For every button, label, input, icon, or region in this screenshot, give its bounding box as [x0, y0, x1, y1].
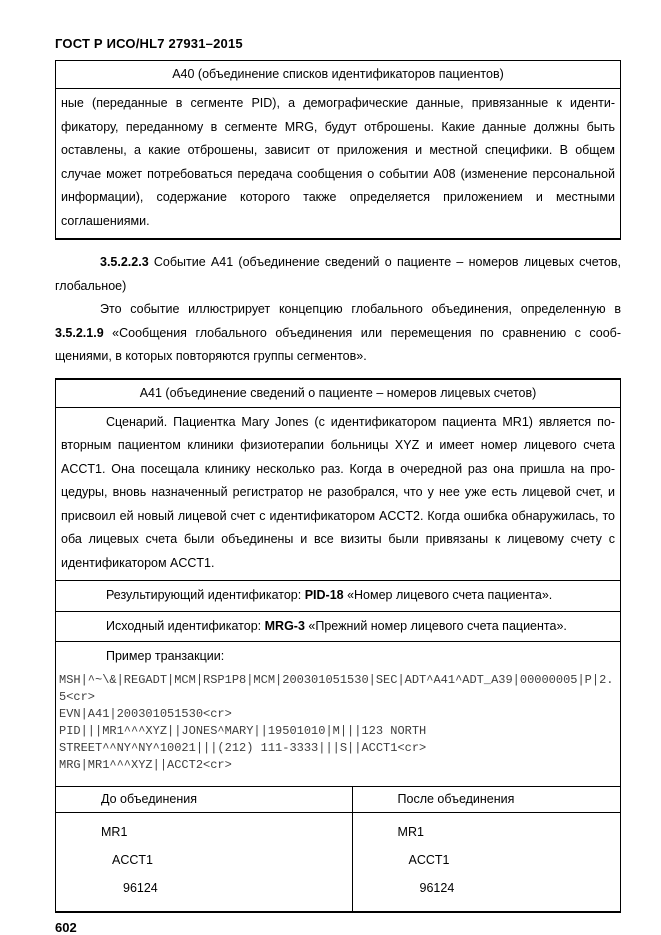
section-intro-after: «Сообщения глобального объединения или п… — [55, 326, 621, 364]
merge-before-mr: MR1 — [56, 818, 348, 846]
document-header: ГОСТ Р ИСО/HL7 27931–2015 — [55, 36, 621, 51]
a41-table: А41 (объединение сведений о пациенте – н… — [55, 378, 621, 913]
a41-source-identifier-row: Исходный идентификатор: MRG-3 «Прежний н… — [56, 611, 620, 642]
merge-before-visit: 96124 — [56, 874, 348, 902]
merge-column-header-before: До объединения — [56, 787, 352, 813]
result-ref: PID-18 — [305, 588, 344, 602]
page-number: 602 — [55, 920, 621, 935]
a40-table-body: ные (переданные в сегменте PID), а демог… — [56, 88, 620, 238]
a41-scenario: Сценарий. Пациентка Mary Jones (с иденти… — [56, 407, 620, 581]
result-label: Результирующий идентификатор: — [106, 588, 305, 602]
section-heading-number: 3.5.2.2.3 — [100, 255, 149, 269]
source-text: «Прежний номер лицевого счета пациента». — [305, 619, 567, 633]
a41-transaction-example-row: Пример транзакции: MSH|^~\&|REGADT|MCM|R… — [56, 641, 620, 786]
section-intro-before: Это событие иллюстрирует концепцию глоба… — [100, 302, 621, 316]
merge-after-cell: MR1 ACCT1 96124 — [352, 813, 620, 911]
section-3-5-2-2-3: 3.5.2.2.3 Событие А41 (объединение сведе… — [55, 251, 621, 369]
merge-after-mr: MR1 — [353, 818, 616, 846]
merge-after-visit: 96124 — [353, 874, 616, 902]
merge-comparison-table: До объединения После объединения MR1 ACC… — [56, 786, 620, 911]
merge-before-acct: ACCT1 — [56, 846, 348, 874]
section-intro-ref: 3.5.2.1.9 — [55, 326, 104, 340]
merge-after-acct: ACCT1 — [353, 846, 616, 874]
source-ref: MRG-3 — [265, 619, 305, 633]
merge-before-cell: MR1 ACCT1 96124 — [56, 813, 352, 911]
source-label: Исходный идентификатор: — [106, 619, 265, 633]
transaction-example-label: Пример транзакции: — [56, 642, 620, 669]
section-heading: 3.5.2.2.3 Событие А41 (объединение сведе… — [55, 251, 621, 298]
merge-column-header-after: После объединения — [352, 787, 620, 813]
hl7-transaction-code: MSH|^~\&|REGADT|MCM|RSP1P8|MCM|200301051… — [56, 669, 620, 786]
a40-table-title: А40 (объединение списков идентификаторов… — [56, 61, 620, 88]
a40-table: А40 (объединение списков идентификаторов… — [55, 60, 621, 240]
result-text: «Номер лицевого счета пациента». — [344, 588, 553, 602]
a41-result-identifier-row: Результирующий идентификатор: PID-18 «Но… — [56, 580, 620, 611]
page-content: ГОСТ Р ИСО/HL7 27931–2015 А40 (объединен… — [55, 0, 621, 935]
a41-table-title: А41 (объединение сведений о пациенте – н… — [56, 380, 620, 407]
section-intro: Это событие иллюстрирует концепцию глоба… — [55, 298, 621, 369]
